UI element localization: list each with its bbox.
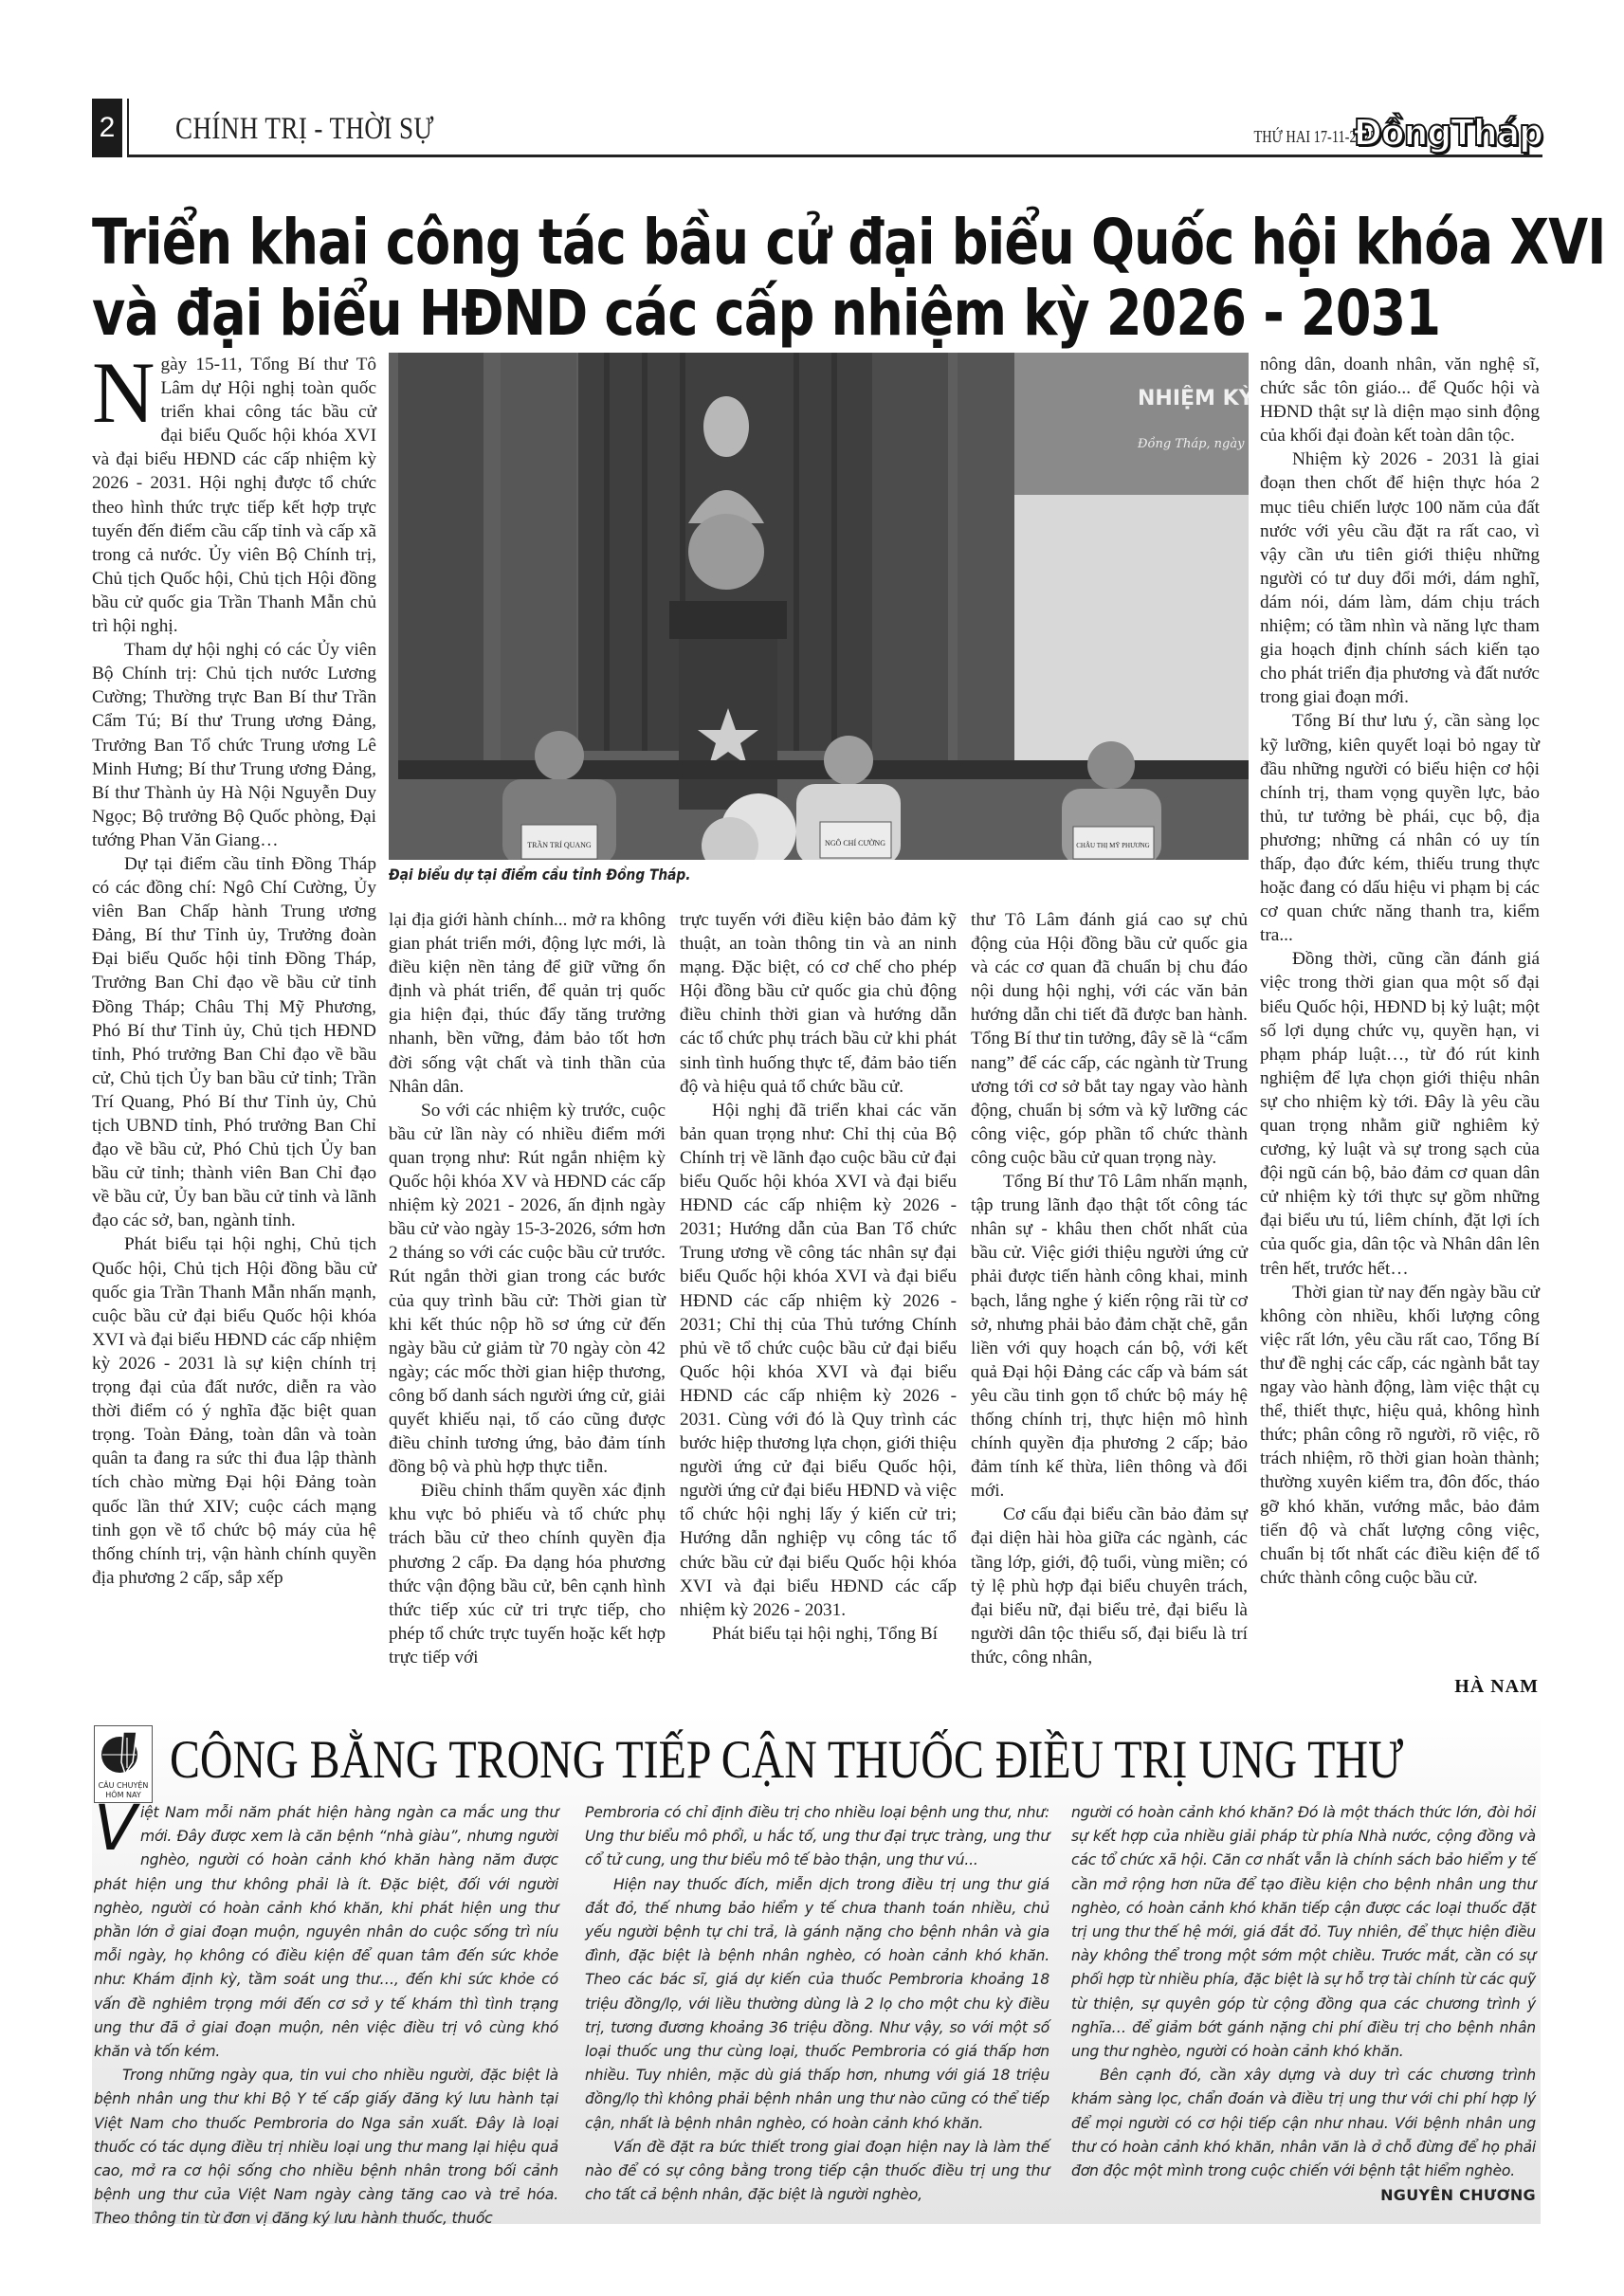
newspaper-logo: ĐồngTháp xyxy=(1353,112,1542,154)
lead-paragraph: Việt Nam mỗi năm phát hiện hàng ngàn ca … xyxy=(94,1801,558,2064)
article-byline: HÀ NAM xyxy=(1454,1676,1539,1698)
paragraph: Đồng thời, cũng cần đánh giá việc trong … xyxy=(1260,947,1540,1280)
paragraph: So với các nhiệm kỳ trước, cuộc bầu cử l… xyxy=(389,1099,666,1480)
paragraph: Tham dự hội nghị có các Ủy viên Bộ Chính… xyxy=(92,638,376,852)
paragraph: Phát biểu tại hội nghị, Tổng Bí xyxy=(680,1622,957,1646)
paragraph: Bên cạnh đó, cần xây dựng và duy trì các… xyxy=(1071,2064,1536,2183)
photo-caption: Đại biểu dự tại điểm cầu tỉnh Đồng Tháp. xyxy=(389,866,691,884)
headline-line-1: Triển khai công tác bầu cử đại biểu Quốc… xyxy=(92,207,1273,278)
paragraph: người có hoàn cảnh khó khăn? Đó là một t… xyxy=(1071,1801,1536,2064)
boxed-column-1: Việt Nam mỗi năm phát hiện hàng ngàn ca … xyxy=(94,1801,558,2232)
paragraph: lại địa giới hành chính... mở ra không g… xyxy=(389,908,666,1099)
lead-paragraph: Ngày 15-11, Tổng Bí thư Tô Lâm dự Hội ng… xyxy=(92,353,376,638)
svg-text:NHIỆM KỲ 2: NHIỆM KỲ 2 xyxy=(1138,385,1249,410)
paragraph: Điều chỉnh thẩm quyền xác định khu vực b… xyxy=(389,1479,666,1669)
paragraph: Cơ cấu đại biểu cần bảo đảm sự đại diện … xyxy=(971,1503,1248,1669)
paragraph: thư Tô Lâm đánh giá cao sự chủ động của … xyxy=(971,908,1248,1170)
boxed-story-byline: NGUYÊN CHƯƠNG xyxy=(1352,2183,1536,2207)
paragraph: Hội nghị đã triển khai các văn bản quan … xyxy=(680,1099,957,1622)
article-headline: Triển khai công tác bầu cử đại biểu Quốc… xyxy=(92,207,1273,349)
boxed-story-title: CÔNG BẰNG TRONG TIẾP CẬN THUỐC ĐIỀU TRỊ … xyxy=(170,1727,1403,1794)
boxed-column-2: Pembroria có chỉ định điều trị cho nhiều… xyxy=(585,1801,1049,2207)
article-photo: NHIỆM KỲ 2 Đồng Tháp, ngày 15 TRẦN xyxy=(389,353,1249,860)
paragraph: Tổng Bí thư lưu ý, cần sàng lọc kỹ lưỡng… xyxy=(1260,709,1540,947)
article-column-1: Ngày 15-11, Tổng Bí thư Tô Lâm dự Hội ng… xyxy=(92,353,376,1590)
svg-text:TRẦN TRÍ QUANG: TRẦN TRÍ QUANG xyxy=(527,840,592,849)
boxed-column-3: người có hoàn cảnh khó khăn? Đó là một t… xyxy=(1071,1801,1536,2207)
article-column-2: lại địa giới hành chính... mở ra không g… xyxy=(389,908,666,1669)
headline-line-2: và đại biểu HĐND các cấp nhiệm kỳ 2026 -… xyxy=(92,278,1273,349)
drop-cap: V xyxy=(94,1803,137,1854)
paragraph: Hiện nay thuốc đích, miễn dịch trong điề… xyxy=(585,1873,1049,2136)
article-column-3: trực tuyến với điều kiện bảo đảm kỹ thuậ… xyxy=(680,908,957,1646)
header-rule xyxy=(127,155,1542,157)
svg-text:Đồng Tháp, ngày 15: Đồng Tháp, ngày 15 xyxy=(1137,436,1249,451)
paragraph: Trong những ngày qua, tin vui cho nhiều … xyxy=(94,2064,558,2231)
article-column-5: nông dân, doanh nhân, văn nghệ sĩ, chức … xyxy=(1260,353,1540,1590)
paragraph: Phát biểu tại hội nghị, Chủ tịch Quốc hộ… xyxy=(92,1232,376,1589)
svg-text:NGÔ CHÍ CƯỜNG: NGÔ CHÍ CƯỜNG xyxy=(825,838,885,847)
article-column-4: thư Tô Lâm đánh giá cao sự chủ động của … xyxy=(971,908,1248,1669)
page-header: 2 CHÍNH TRỊ - THỜI SỰ THỨ HAI 17-11-2025… xyxy=(92,99,1542,157)
newspaper-page: 2 CHÍNH TRỊ - THỜI SỰ THỨ HAI 17-11-2025… xyxy=(0,0,1624,2296)
paragraph: nông dân, doanh nhân, văn nghệ sĩ, chức … xyxy=(1260,353,1540,447)
paragraph: Dự tại điểm cầu tỉnh Đồng Tháp có các đồ… xyxy=(92,852,376,1233)
svg-text:CHÂU THỊ MỸ PHƯƠNG: CHÂU THỊ MỸ PHƯƠNG xyxy=(1076,842,1149,849)
pen-nib-icon xyxy=(95,1726,152,1779)
section-title: CHÍNH TRỊ - THỜI SỰ xyxy=(175,112,434,147)
header-divider xyxy=(127,99,129,157)
paragraph: Pembroria có chỉ định điều trị cho nhiều… xyxy=(585,1801,1049,1873)
paragraph: Thời gian từ nay đến ngày bầu cử không c… xyxy=(1260,1281,1540,1590)
drop-cap: N xyxy=(92,358,155,427)
paragraph: Tổng Bí thư Tô Lâm nhấn mạnh, tập trung … xyxy=(971,1170,1248,1503)
boxed-story: CÂU CHUYỆN HÔM NAY CÔNG BẰNG TRONG TIẾP … xyxy=(92,1714,1541,2224)
conference-photo-illustration: NHIỆM KỲ 2 Đồng Tháp, ngày 15 TRẦN xyxy=(389,353,1249,860)
paragraph: Nhiệm kỳ 2026 - 2031 là giai đoạn then c… xyxy=(1260,447,1540,709)
paragraph: Vấn đề đặt ra bức thiết trong giai đoạn … xyxy=(585,2136,1049,2208)
paragraph: trực tuyến với điều kiện bảo đảm kỹ thuậ… xyxy=(680,908,957,1099)
page-number: 2 xyxy=(92,99,122,157)
